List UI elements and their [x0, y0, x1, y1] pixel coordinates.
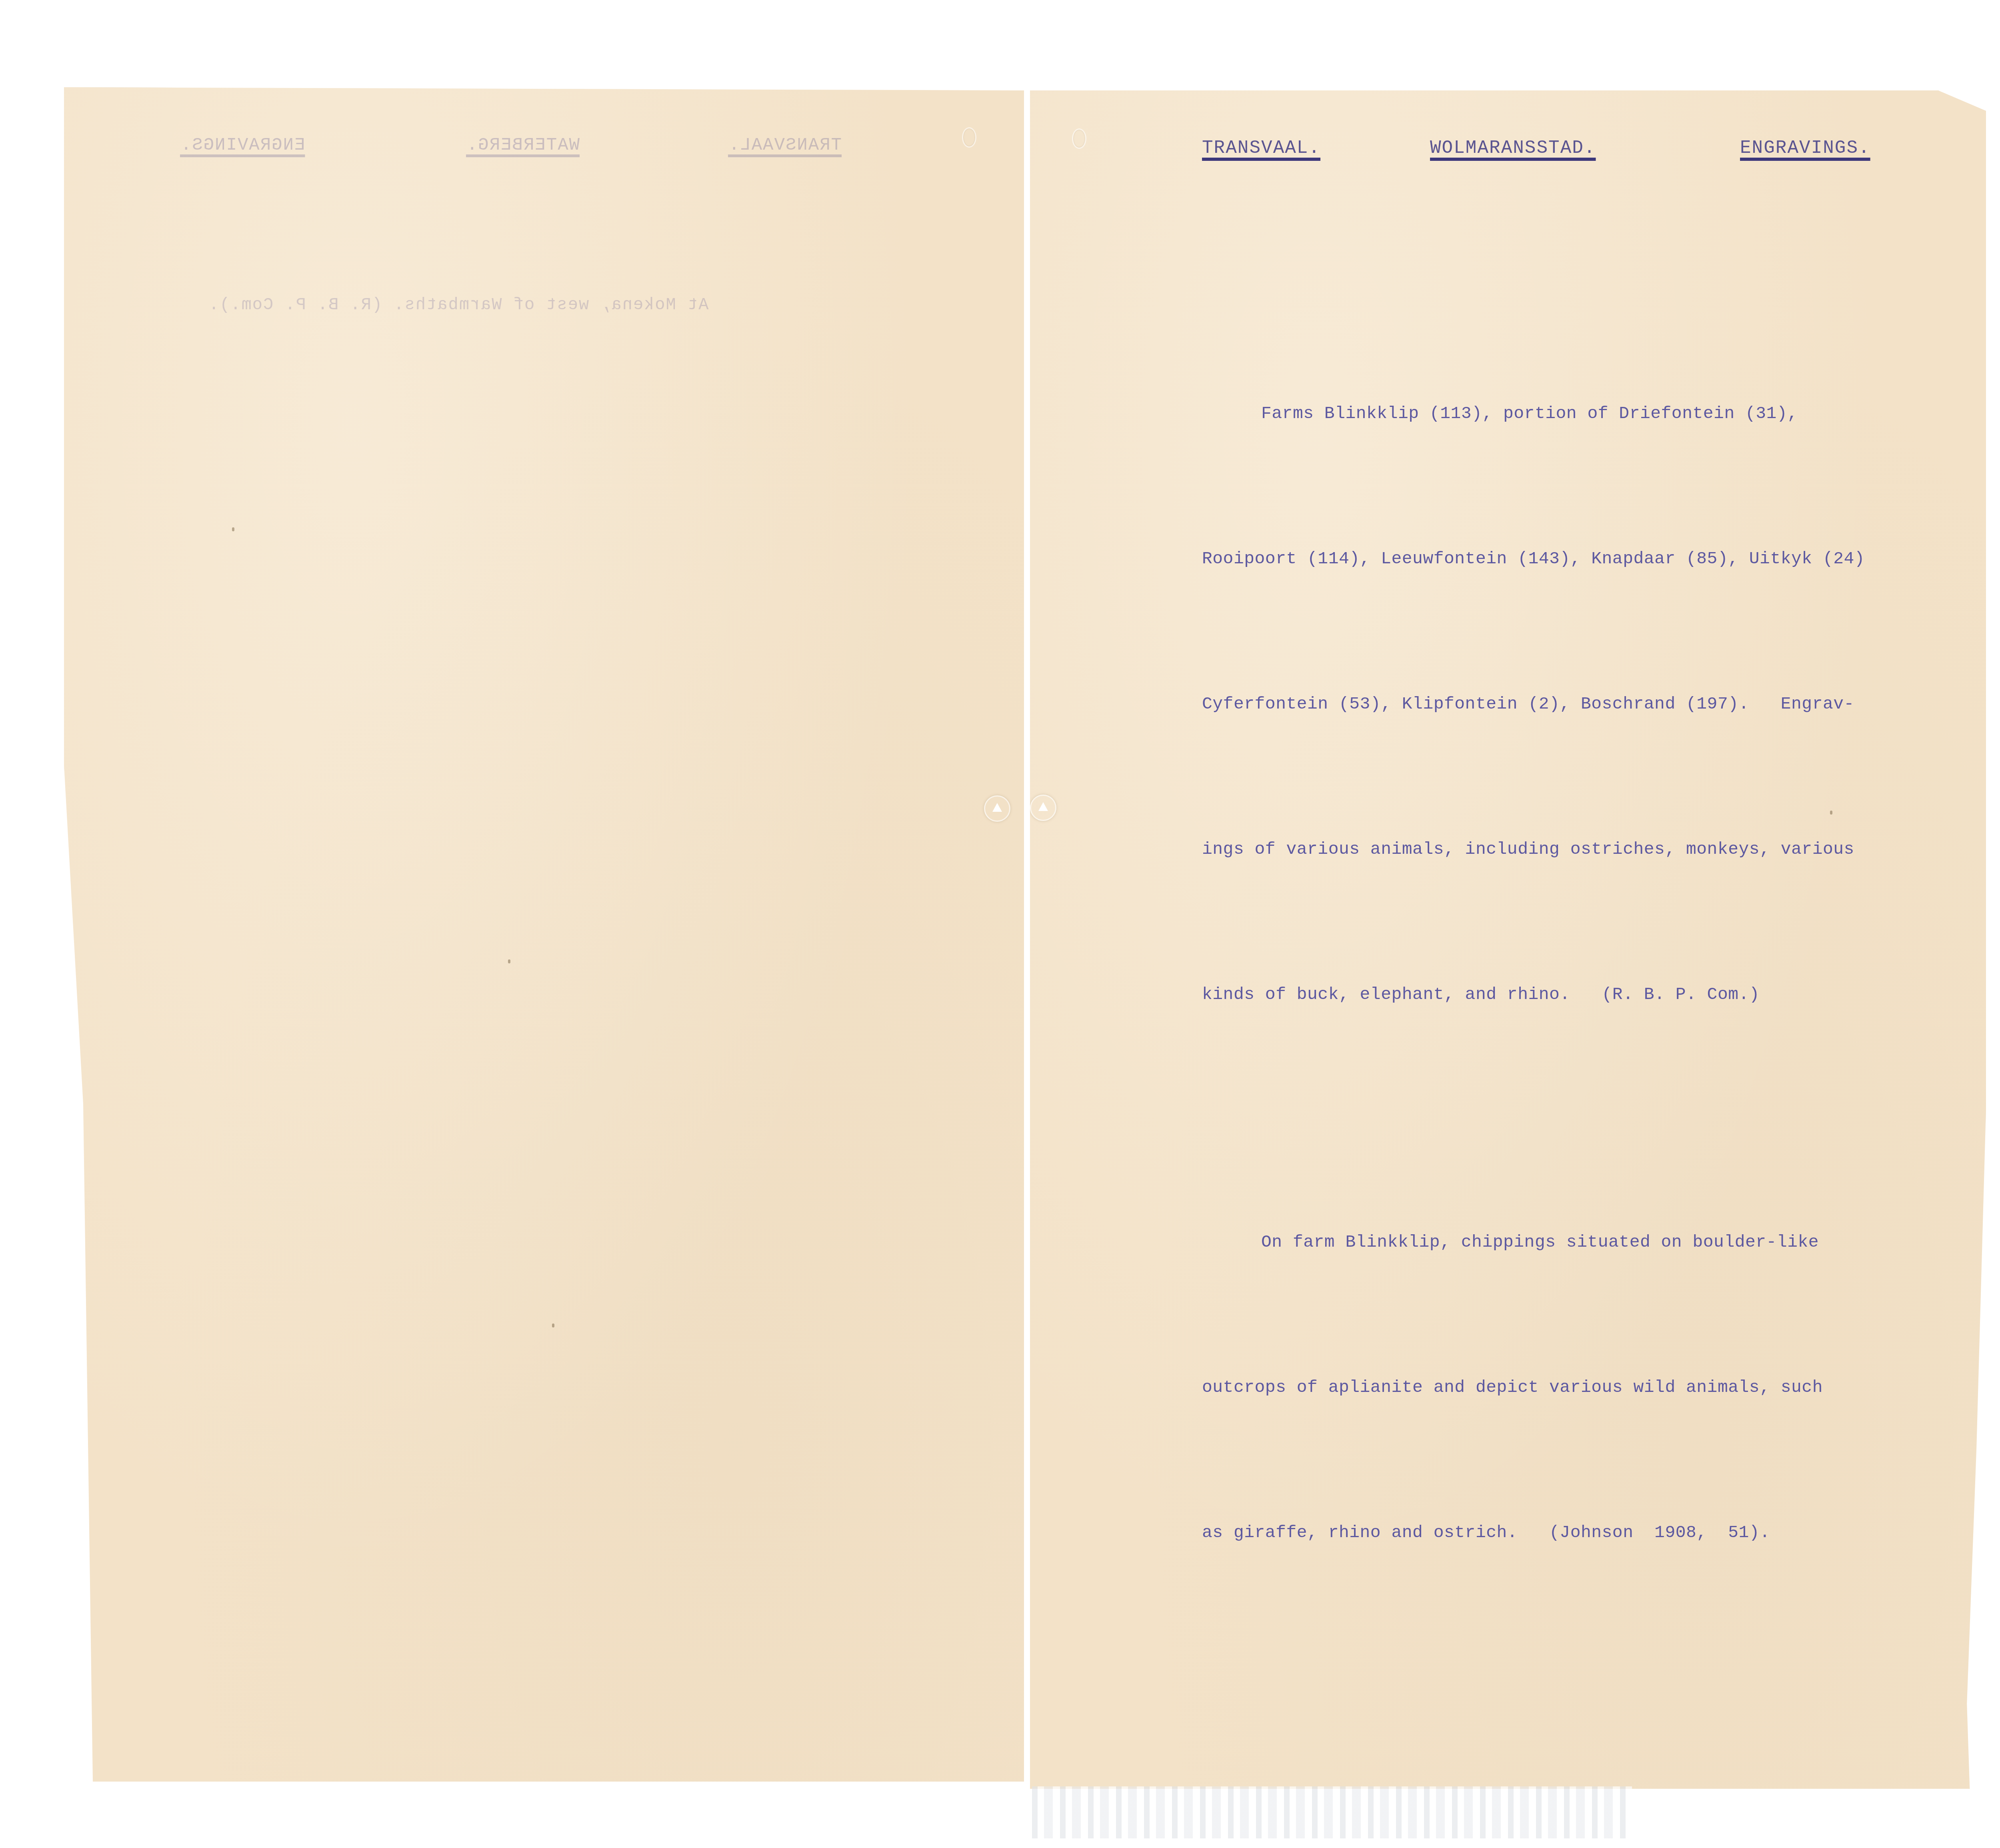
text-line: as giraffe, rhino and ostrich. (Johnson … [1202, 1508, 1954, 1557]
scan-artifact [1032, 1786, 1632, 1838]
text-line: On farm Blinkklip, chippings situated on… [1202, 1218, 1954, 1266]
right-page: TRANSVAAL. WOLMARANSSTAD. ENGRAVINGS. Fa… [1030, 90, 1986, 1789]
text-line: ings of various animals, including ostri… [1202, 825, 1954, 873]
paper-speck [508, 959, 510, 963]
paragraph-blinkklip: On farm Blinkklip, chippings situated on… [1202, 1121, 1954, 1654]
entry-body: Farms Blinkklip (113), portion of Driefo… [1202, 292, 1954, 1654]
heading-category: ENGRAVINGS. [1740, 138, 1870, 158]
heading-district: WOLMARANSSTAD. [1430, 138, 1596, 158]
bleed-heading-category: ENGRAVINGS. [180, 135, 305, 155]
paper-speck [1830, 811, 1832, 815]
text-line: kinds of buck, elephant, and rhino. (R. … [1202, 970, 1954, 1019]
page-header: TRANSVAAL. WOLMARANSSTAD. ENGRAVINGS. [1030, 138, 1986, 170]
text-line: Cyferfontein (53), Klipfontein (2), Bosc… [1202, 680, 1954, 728]
paragraph-farms: Farms Blinkklip (113), portion of Driefo… [1202, 292, 1954, 1115]
paper-speck [552, 1323, 554, 1327]
page-number-emboss [962, 127, 976, 148]
text-line: outcrops of aplianite and depict various… [1202, 1363, 1954, 1412]
punch-hole [984, 795, 1010, 822]
bleed-heading-district: WATERBERG. [466, 135, 580, 155]
punch-hole [1030, 795, 1056, 821]
left-page: ENGRAVINGS. WATERBERG. TRANSVAAL. At Mok… [64, 87, 1024, 1782]
bleed-heading-region: TRANSVAAL. [728, 135, 842, 155]
paper-speck [232, 527, 234, 531]
text-line: Farms Blinkklip (113), portion of Driefo… [1202, 389, 1954, 438]
text-line: Rooipoort (114), Leeuwfontein (143), Kna… [1202, 535, 1954, 583]
bleed-body-text: At Mokena, west of Warmbaths. (R. B. P. … [208, 295, 708, 314]
heading-region: TRANSVAAL. [1202, 138, 1320, 158]
